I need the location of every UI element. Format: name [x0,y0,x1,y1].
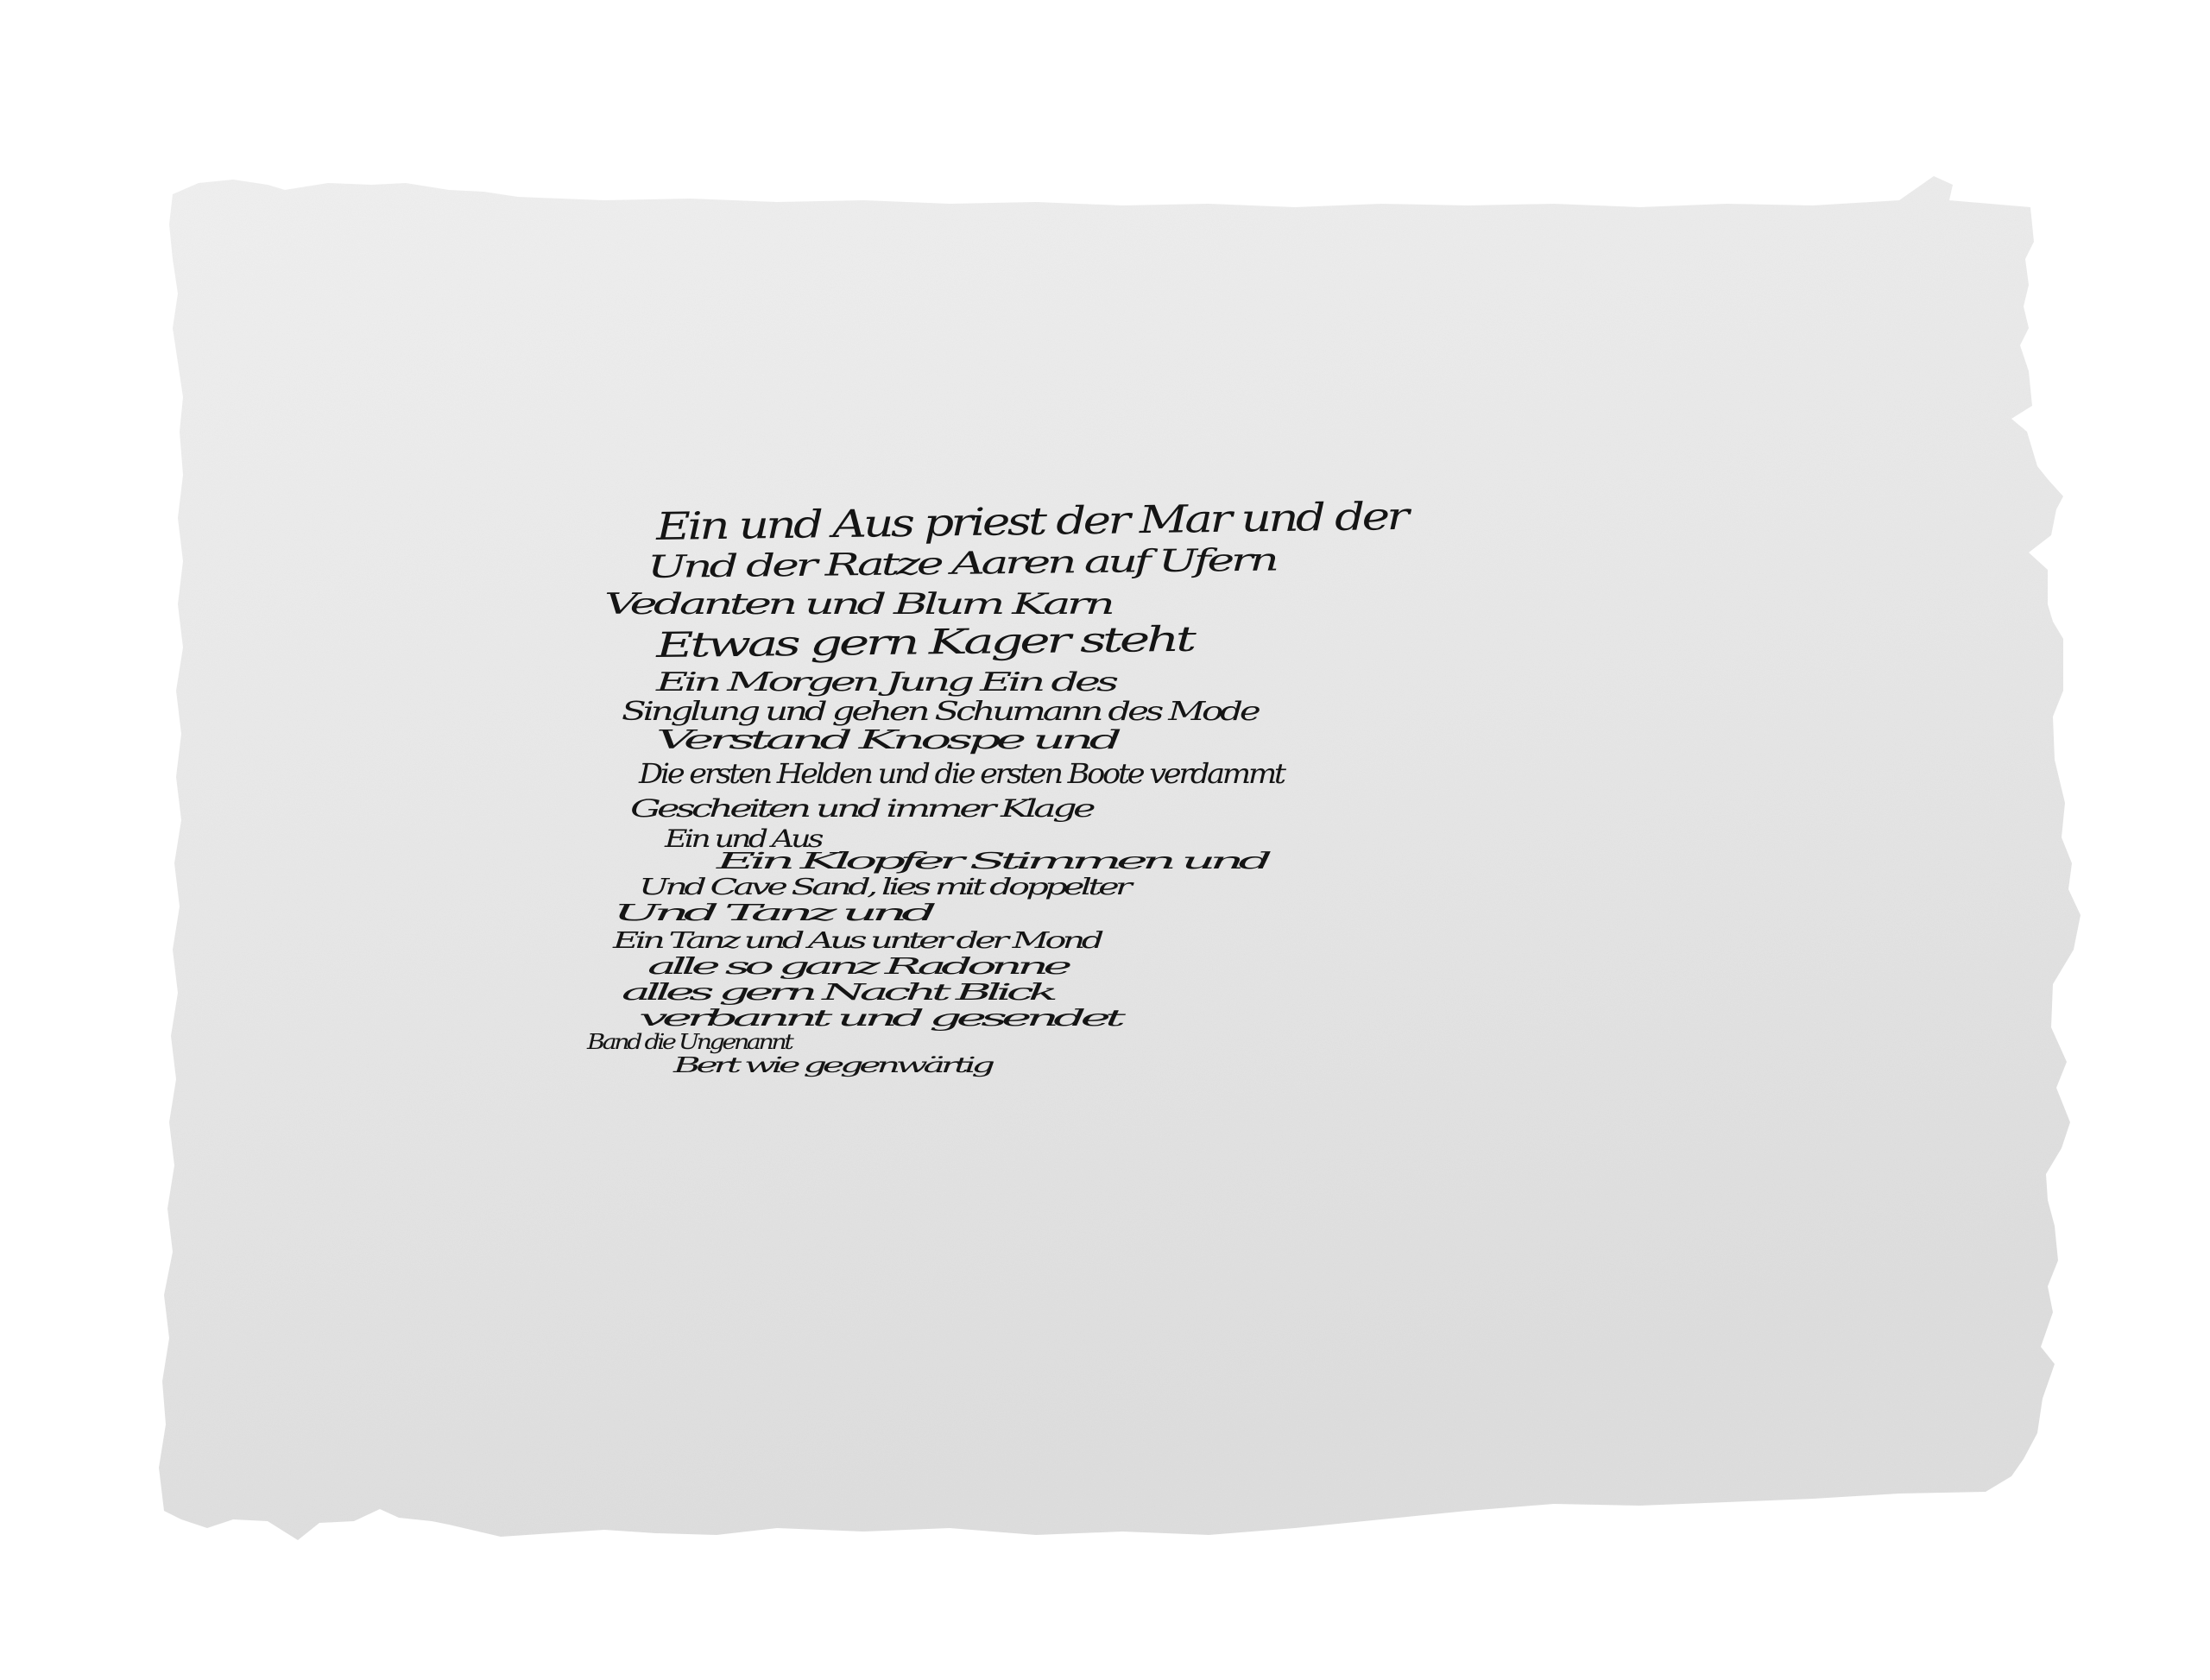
handwriting-line: alles gern Nacht Blick [622,980,1052,1006]
handwriting-line: Singlung und gehen Schumann des Mode [622,697,1257,727]
handwriting-line: Bert wie gegenwärtig [673,1053,991,1077]
handwriting-line: Und Cave Sand, lies mit doppelter [639,875,1128,900]
handwriting-line: alle so ganz Radonne [647,954,1067,980]
handwritten-text-block: Ein und Aus priest der Mar und der Und d… [587,505,1588,1075]
handwriting-line: Band die Ungenannt [587,1030,791,1054]
handwriting-line: Und Tanz und [613,900,931,926]
handwriting-line: Ein Morgen Jung Ein des [656,667,1114,698]
handwriting-line: Ein Klopfer Stimmen und [717,849,1266,875]
handwriting-line: Vedanten und Blum Karn [604,587,1111,622]
handwriting-line: Ein Tanz und Aus unter der Mond [613,928,1100,954]
handwriting-line: verbannt und gesendet [639,1006,1120,1032]
handwriting-line: Ein und Aus priest der Mar und der [655,495,1406,549]
handwriting-line: Gescheiten und immer Klage [630,794,1092,823]
handwriting-line: Und der Ratze Aaren auf Ufern [647,543,1275,585]
handwriting-line: Etwas gern Kager steht [655,620,1193,666]
handwriting-line: Die ersten Helden und die ersten Boote v… [639,757,1284,790]
handwriting-line: Verstand Knospe und [656,725,1117,755]
